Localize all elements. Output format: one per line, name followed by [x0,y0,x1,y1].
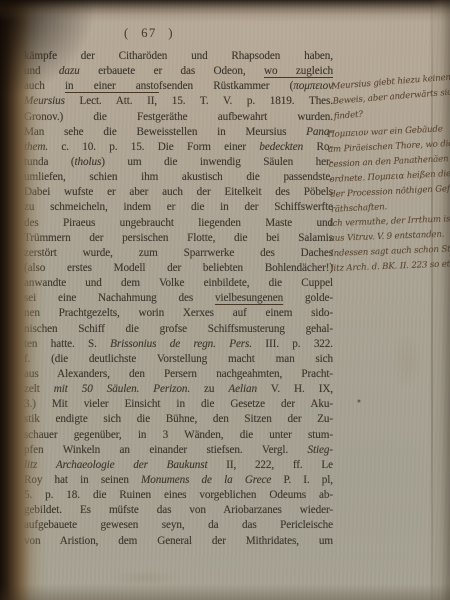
text-fragment: Man sehe die Beweisstellen in Meursius [24,126,306,138]
text-fragment: erbauete er das Odeon, [80,65,264,77]
print-line: des Piraeus ungebraucht liegenden Maste … [24,216,333,231]
print-line: kämpfe der Citharöden und Rhapsoden habe… [24,49,333,64]
text-fragment: anwandte und dem Volke einbildete, die C… [24,277,333,289]
print-line: (also erstes Modell der beliebten Bohlen… [24,261,333,276]
text-fragment: ) um die inwendig Säulen her- [101,156,333,168]
print-line: ten hatte. S. Brissonius de regn. Pers. … [24,337,333,352]
text-fragment: (also erstes Modell der beliebten Bohlen… [24,262,333,274]
text-fragment: fsenden Rüstkammer ( [159,80,293,92]
print-line: auch in einer anstofsenden Rüstkammer (π… [24,79,333,94]
text-fragment: zu [190,383,228,395]
print-line: aus Alexanders, den Persern nachgeahmten… [24,367,333,382]
book-page-photo: ( 67 ) kämpfe der Citharöden und Rhapsod… [0,0,450,600]
text-fragment: V. H. IX, [257,383,333,395]
text-fragment: litz Archaeologie der Baukunst [24,459,207,471]
text-fragment: Brissonius de regn. Pers. [110,338,252,350]
print-line: zelt mit 50 Säulen. Perizon. zu Aelian V… [24,382,333,397]
print-line: stik endigte sich die Bühne, den Sitzen … [24,412,333,427]
text-fragment: II, 222, ff. Le [207,459,333,471]
text-fragment: pfen Winkeln an einander stiefsen. Vergl… [24,444,308,456]
text-fragment: Gronov.) die Festgeräthe aufbewahrt wurd… [24,111,333,123]
text-fragment: des Piraeus ungebraucht liegenden Maste … [24,217,333,229]
text-fragment: aus Alexanders, den Persern nachgeahmten… [24,368,333,380]
print-line: litz Archaeologie der Baukunst II, 222, … [24,458,333,473]
text-fragment: bedeckten [259,141,303,153]
text-fragment: von Aristion, dem General der Mithridate… [24,535,333,547]
text-fragment: und [24,65,59,77]
text-fragment: Roy hat in seinen [24,474,141,486]
text-fragment: dazu [59,65,80,77]
text-fragment: Meursius [24,95,65,107]
print-line: Roy hat in seinen Monumens de la Grece P… [24,473,333,488]
print-line: sei eine Nachahmung des vielbesungenen g… [24,291,333,306]
text-fragment: stik endigte sich die Bühne, den Sitzen … [24,413,333,425]
text-fragment: gebildet. Es müfste das von Ariobarzanes… [24,504,333,516]
print-line: zu schmeicheln, indem er die in der Schi… [24,200,333,215]
text-fragment: 5. p. 18. die Ruinen eines vorgeblichen … [24,489,333,501]
text-fragment: tunda ( [24,156,75,168]
printed-text-block: kämpfe der Citharöden und Rhapsoden habe… [24,49,333,549]
text-fragment: f. (die deutlichste Vorstellung macht ma… [24,353,333,365]
text-fragment: mit 50 Säulen. Perizon. [54,383,190,395]
print-line: von Aristion, dem General der Mithridate… [24,534,333,549]
text-fragment: aufgebauete gewesen seyn, da das Pericle… [24,519,333,531]
text-fragment: tholus [75,156,102,168]
text-fragment: zu schmeicheln, indem er die in der Schi… [24,201,333,213]
print-line: them. c. 10. p. 15. Die Form einer bedec… [24,140,333,155]
text-fragment: umliefen, schien ihm akustisch die passe… [24,171,333,183]
print-line: anwandte und dem Volke einbildete, die C… [24,276,333,291]
print-line: Dabei wufste er aber auch der Eitelkeit … [24,185,333,200]
text-fragment: auch [24,80,65,92]
text-fragment: in einer ansto [65,80,159,92]
text-fragment: nischen Schiff die grofse Schiffsmusteru… [24,323,333,335]
print-line: Gronov.) die Festgeräthe aufbewahrt wurd… [24,110,333,125]
text-fragment: P. I. pl, [271,474,333,486]
text-fragment: kämpfe der Citharöden und Rhapsoden habe… [24,50,333,62]
print-line: 5. p. 18. die Ruinen eines vorgeblichen … [24,488,333,503]
page-number: ( 67 ) [104,26,194,41]
text-fragment: golde- [283,292,333,304]
text-fragment: schauer gegenüber, in 3 Wänden, die unte… [24,429,333,441]
text-fragment: Monumens de la Grece [141,474,271,486]
text-fragment: πομπειον [293,80,333,92]
print-line: f. (die deutlichste Vorstellung macht ma… [24,352,333,367]
print-line: Meursius Lect. Att. II, 15. T. V. p. 181… [24,94,333,109]
print-line: zerstört wurde, zum Sparrwerke des Dache… [24,246,333,261]
print-line: 3.) Mit vieler Einsicht in die Gesetze d… [24,397,333,412]
text-fragment: Aelian [228,383,257,395]
print-line: Trümmern der persischen Flotte, die bei … [24,231,333,246]
text-fragment: zerstört wurde, zum Sparrwerke des Dache… [24,247,333,259]
text-fragment: sei eine Nachahmung des [24,292,215,304]
print-line: umliefen, schien ihm akustisch die passe… [24,170,333,185]
print-line: pfen Winkeln an einander stiefsen. Vergl… [24,443,333,458]
margin-note-meursius-objection: Meursius giebt hiezu keinenBeweis, aber … [331,70,450,125]
text-fragment: ten hatte. S. [24,338,110,350]
text-fragment: zelt [24,383,54,395]
text-fragment: III. p. 322. [252,338,333,350]
text-fragment: Stieg- [308,444,334,456]
print-line: tunda (tholus) um die inwendig Säulen he… [24,155,333,170]
print-line: schauer gegenüber, in 3 Wänden, die unte… [24,428,333,443]
text-fragment: vielbesungenen [215,292,283,304]
margin-note-vitruv-conjecture: Ich vermuthe, der Irrthum istaus Vitruv.… [329,212,450,278]
text-fragment: Lect. Att. II, 15. T. V. p. 1819. Thes. [65,95,333,107]
text-fragment: Trümmern der persischen Flotte, die bei … [24,232,333,244]
margin-note-pompeion-explanation: Πομπειον war ein Gebäudeam Piräeischen T… [327,120,450,218]
text-fragment: c. 10. p. 15. Die Form einer [48,141,259,153]
text-fragment: them. [24,141,48,153]
print-line: gebildet. Es müfste das von Ariobarzanes… [24,503,333,518]
text-fragment: 3.) Mit vieler Einsicht in die Gesetze d… [24,398,333,410]
print-line: nischen Schiff die grofse Schiffsmusteru… [24,322,333,337]
text-fragment: nen Prachtgezelts, worin Xerxes auf eine… [24,307,333,319]
text-fragment: Dabei wufste er aber auch der Eitelkeit … [24,186,333,198]
print-line: Man sehe die Beweisstellen in Meursius P… [24,125,333,140]
print-line: und dazu erbauete er das Odeon, wo zugle… [24,64,333,79]
print-line: nen Prachtgezelts, worin Xerxes auf eine… [24,306,333,321]
text-fragment: wo zugleich [264,65,333,77]
print-line: aufgebauete gewesen seyn, da das Pericle… [24,518,333,533]
